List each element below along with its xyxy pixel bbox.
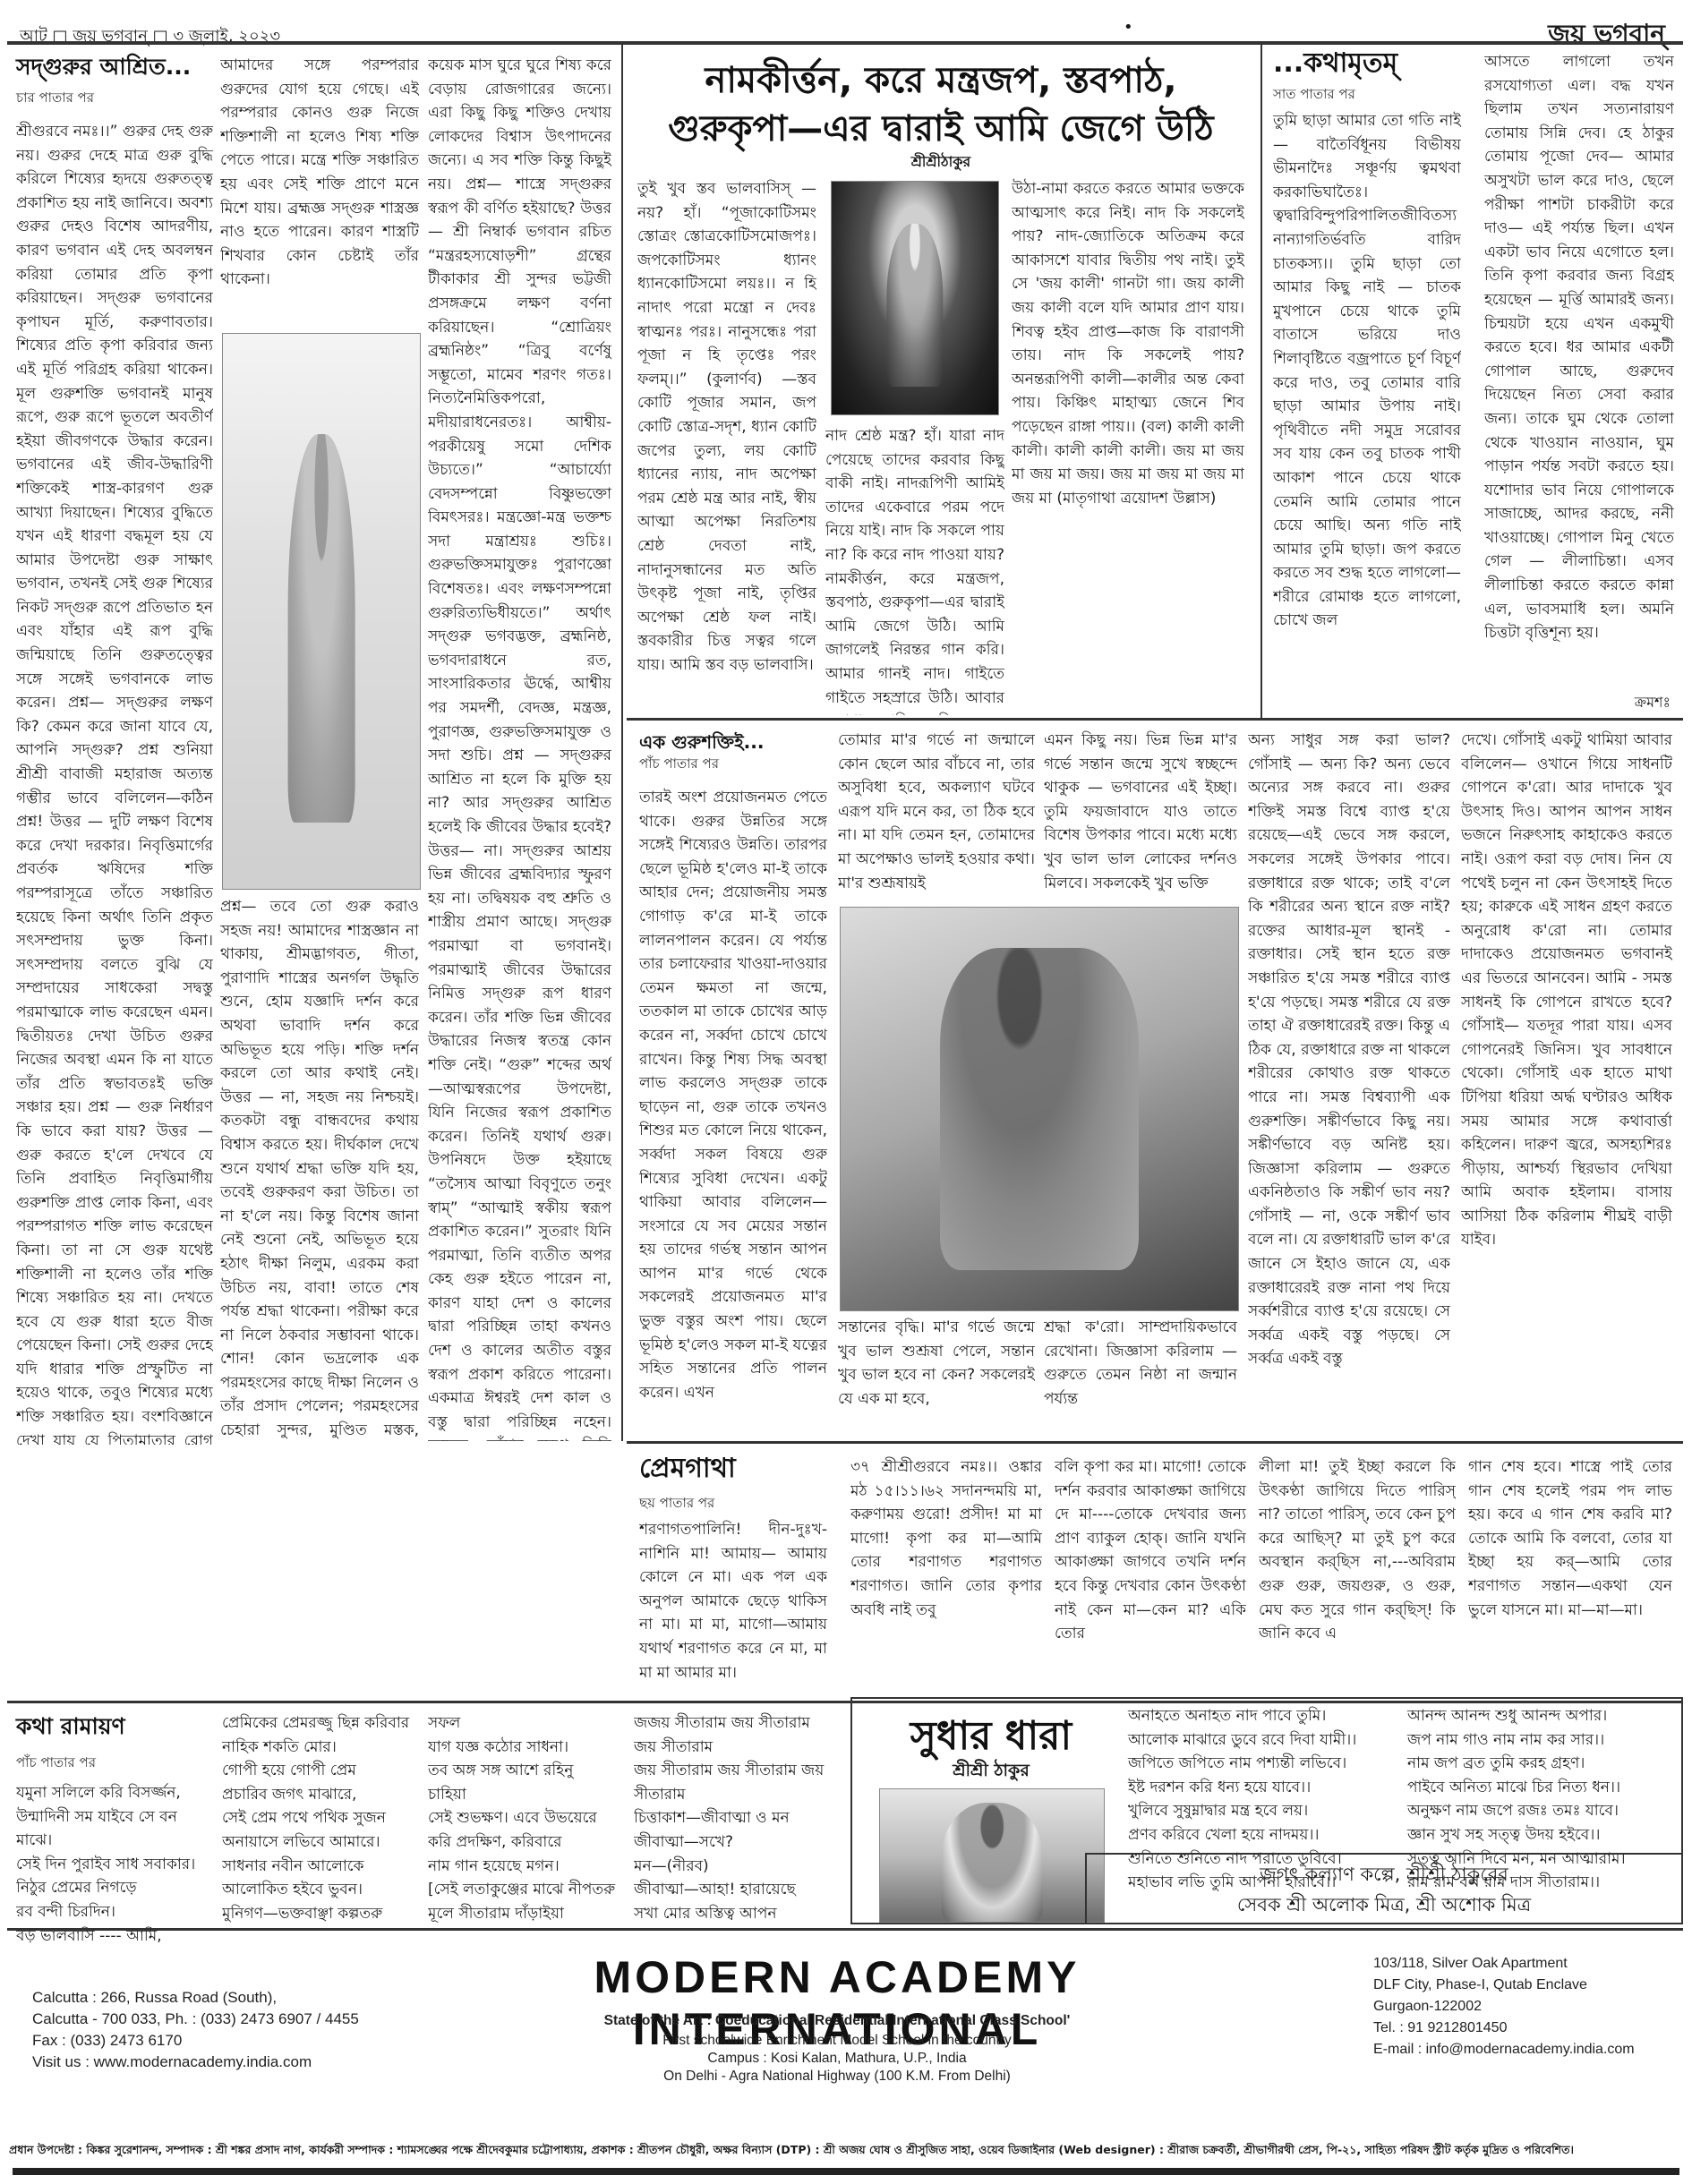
verse-line: অনাহতে অনাহত নাদ পাবে তুমি। [1128,1704,1397,1728]
article-column: গান শেষ হবে। শাস্ত্রে পাই তোর গান শেষ হল… [1468,1455,1672,1683]
article-column: উঠা-নামা করতে করতে আমার ভক্তকে আত্মসাৎ ক… [1012,177,1244,714]
ad-right-address: 103/118, Silver Oak Apartment DLF City, … [1373,1953,1687,2060]
verse-line: আনন্দ আনন্দ শুধু আনন্দ অপার। [1407,1704,1676,1728]
thakur-portrait [879,1788,1105,1923]
header-rule [7,41,1683,45]
ad-line-4: On Delhi - Agra National Highway (100 K.… [421,2068,1253,2086]
author-byline: শ্রীশ্রীঠাকুর [627,150,1255,175]
section-rule [627,718,1683,721]
article-column: তুই খুব স্তব ভালবাসিস্ —নয়? হাঁ। “পূজাক… [637,177,816,714]
article-column: তারই অংশ প্রয়োজনমত পেতে থাকে। গুরুর উন্… [639,786,827,1430]
continued-label: পাঁচ পাতার পর [639,754,719,773]
verse-line: খুলিবে সুষুম্নাদ্বার মন্ত্র হবে লয়। [1128,1799,1397,1823]
verse-line: অনুক্ষণ নাম জপে রজঃ তমঃ যাবে। [1407,1799,1676,1823]
verse-line: জপ নাম গাও নাম নাম কর সার।। [1407,1728,1676,1753]
article-ek-gurushakti: এক গুরুশক্তিই... পাঁচ পাতার পর তারই অংশ … [627,723,1683,1436]
article-premgatha: প্রেমগাথা ছয় পাতার পর শরণাগতপালিনি! দীন… [627,1446,1683,1685]
article-title: সদ্গুরুর আশ্রিত... [16,54,191,81]
article-column: শরণাগতপালিনি! দীন-দুঃখ-নাশিনি মা! আমায়—… [639,1518,827,1685]
verse-line: জপিতে জপিতে নাম পশ্যন্তী লভিবে। [1128,1752,1397,1776]
verse-line: পাইবে অনিত্য মাঝে চির নিত্য ধন।। [1407,1776,1676,1800]
article-kathamritam: ...কথামৃতম্ সাত পাতার পর তুমি ছাড়া আমার… [1266,47,1683,716]
article-column: তুমি ছাড়া আমার তো গতি নাই— বাতৈর্বিধূনয… [1273,109,1461,709]
article-column: শ্রীগুরবে নমঃ।।” গুরুর দেহ গুরু নয়। গুর… [16,120,213,1445]
sponsor-line-2: সেবক শ্রী অলোক মিত্র, শ্রী অশোক মিত্র [1087,1890,1681,1922]
verse-line: জ্ঞান সুখ সহ সত্ত্ব উদয় হইবে।। [1407,1823,1676,1847]
article-katha-ramayan: কথা রামায়ণ পাঁচ পাতার পর যমুনা সলিলে কর… [7,1706,840,1921]
article-column: প্রশ্ন— তবে তো গুরু করাও সহজ নয়! আমাদের… [220,895,419,1441]
article-column: শ্রদ্ধা ক'রো। সাম্প্রদায়িকভাবে রেখোনা। … [1044,1316,1237,1432]
footer-bar [13,2168,1679,2175]
verse-line: আলোক মাঝারে ডুবে রবে দিবা যামী।। [1128,1728,1397,1753]
column-divider [1260,45,1262,718]
article-column: দেখে। গোঁসাই একটু থামিয়া আবার বলিলেন— ও… [1461,729,1672,1432]
verse-line: নাম জপ ব্রত তুমি করহ গ্রহণ। [1407,1752,1676,1776]
ad-tagline: State of the Art : Coeducational Residen… [421,2012,1253,2030]
sponsor-line-1: জগৎ কল্যাণ কল্পে, শ্রীশ্রী ঠাকুরের [1087,1860,1681,1891]
saint-figure [288,434,355,823]
article-title: কথা রামায়ণ [16,1713,125,1740]
poem-column: সফল যাগ যজ্ঞ কঠোর সাধনা। তব অঙ্গ সঙ্গ আশ… [428,1711,616,1926]
advertisement: MODERN ACADEMY INTERNATIONAL State of th… [0,1933,1692,2117]
article-column: লীলা মা! তুই ইচ্ছা করলে কি উৎকণ্ঠা জাগিয… [1259,1455,1456,1683]
article-title: প্রেমগাথা [639,1455,736,1482]
article-title: এক গুরুশক্তিই... [639,729,764,755]
continued-label: ছয় পাতার পর [639,1493,714,1513]
article-namkirtan: নামকীর্ত্তন, করে মন্ত্রজপ, স্তবপাঠ, গুরু… [627,47,1255,716]
article-sadguru: সদ্গুরুর আশ্রিত... চার পাতার পর শ্রীগুরব… [7,47,616,1438]
article-column: কয়েক মাস ঘুরে ঘুরে শিষ্য করে বেড়ায় রো… [428,54,611,1441]
continued-label: চার পাতার পর [16,88,94,107]
article-column: আসতে লাগলো তখন রসযোগ্যতা এল। বদ্ধ যখন ছি… [1484,50,1674,677]
ad-left-address: Calcutta : 266, Russa Road (South), Calc… [32,1987,417,2073]
article-column: অন্য সাধুর সঙ্গ করা ভাল? গোঁসাই — অন্য ক… [1248,729,1450,1432]
article-column: নাদ শ্রেষ্ঠ মন্ত্র? হাঁ। যারা নাদ পেয়েছ… [825,424,1004,715]
kali-image [831,181,999,415]
article-column: বলি কৃপা কর মা। মাগো! তোকে দর্শন করবার আ… [1055,1455,1246,1683]
phone-line: Tel. : 91 9212801450 [1373,2018,1687,2039]
address-line: Calcutta - 700 033, Ph. : (033) 2473 690… [32,2009,417,2030]
continued-label: সাত পাতার পর [1273,84,1355,104]
ad-line-2: First schoolwide Enrichment Model School… [421,2032,1253,2050]
author-byline: শ্রীশ্রী ঠাকুর [861,1758,1121,1787]
verse-line: ইষ্ট দরশন করি ধন্য হয়ে যাবে।। [1128,1776,1397,1800]
kali-figure [886,224,943,387]
ad-line-3: Campus : Kosi Kalan, Mathura, U.P., Indi… [421,2050,1253,2068]
article-title: ...কথামৃতম্ [1273,50,1397,77]
ad-rule [7,1928,1683,1931]
poem-column: জজয় সীতারাম জয় সীতারাম জয় সীতারাম জয়… [634,1711,835,1926]
sadhu-photo [840,907,1239,1311]
sadhu-figure [940,948,1139,1270]
page-header-dot: • [1124,18,1133,37]
poem-column: প্রেমিকের প্রেমরজ্জু ছিন্ন করিবার নাহিক … [222,1711,419,1926]
email-link[interactable]: E-mail : info@modernacademy.india.com [1373,2039,1687,2060]
continued-label: পাঁচ পাতার পর [16,1753,96,1772]
imprint-line: প্রধান উপদেষ্টা : কিঙ্কর সুরেশানন্দ, সম্… [9,2143,1683,2161]
address-line: Calcutta : 266, Russa Road (South), [32,1987,417,2009]
article-column: ৩৭ শ্রীশ্রীগুরবে নমঃ।। ওঙ্কার মঠ ১৫।১১।৬… [850,1455,1042,1683]
to-be-continued: ক্রমশঃ [1635,691,1671,715]
poem-column: যমুনা সলিলে করি বিসর্জ্জন, উন্মাদিনী সম … [16,1781,209,1942]
section-rule [627,1441,1683,1444]
address-line: Gurgaon-122002 [1373,1996,1687,2018]
address-line: DLF City, Phase-I, Qutab Enclave [1373,1975,1687,1996]
article-column: এমন কিছু নয়। ভিন্ন ভিন্ন মা'র গর্ভে সন্… [1044,729,1237,899]
saint-photo [222,333,421,890]
address-line: Fax : (033) 2473 6170 [32,2030,417,2052]
sponsor-box: জগৎ কল্যাণ কল্পে, শ্রীশ্রী ঠাকুরের সেবক … [1085,1853,1683,1924]
website-link[interactable]: Visit us : www.modernacademy.india.com [32,2052,417,2073]
column-divider [621,45,623,1441]
verse-line: প্রণব করিবে খেলা হয়ে নাদময়।। [1128,1823,1397,1847]
article-column: সন্তানের বৃদ্ধি। মা'র গর্ভে জন্মে খুব ভা… [838,1316,1035,1432]
article-column: আমাদের সঙ্গে পরম্পরার গুরুদের যোগ হয়ে গ… [220,54,419,322]
article-column: তোমার মা'র গর্ভে না জন্মালে কোন ছেলে আর … [838,729,1035,899]
address-line: 103/118, Silver Oak Apartment [1373,1953,1687,1975]
thakur-figure [942,1803,1043,1922]
